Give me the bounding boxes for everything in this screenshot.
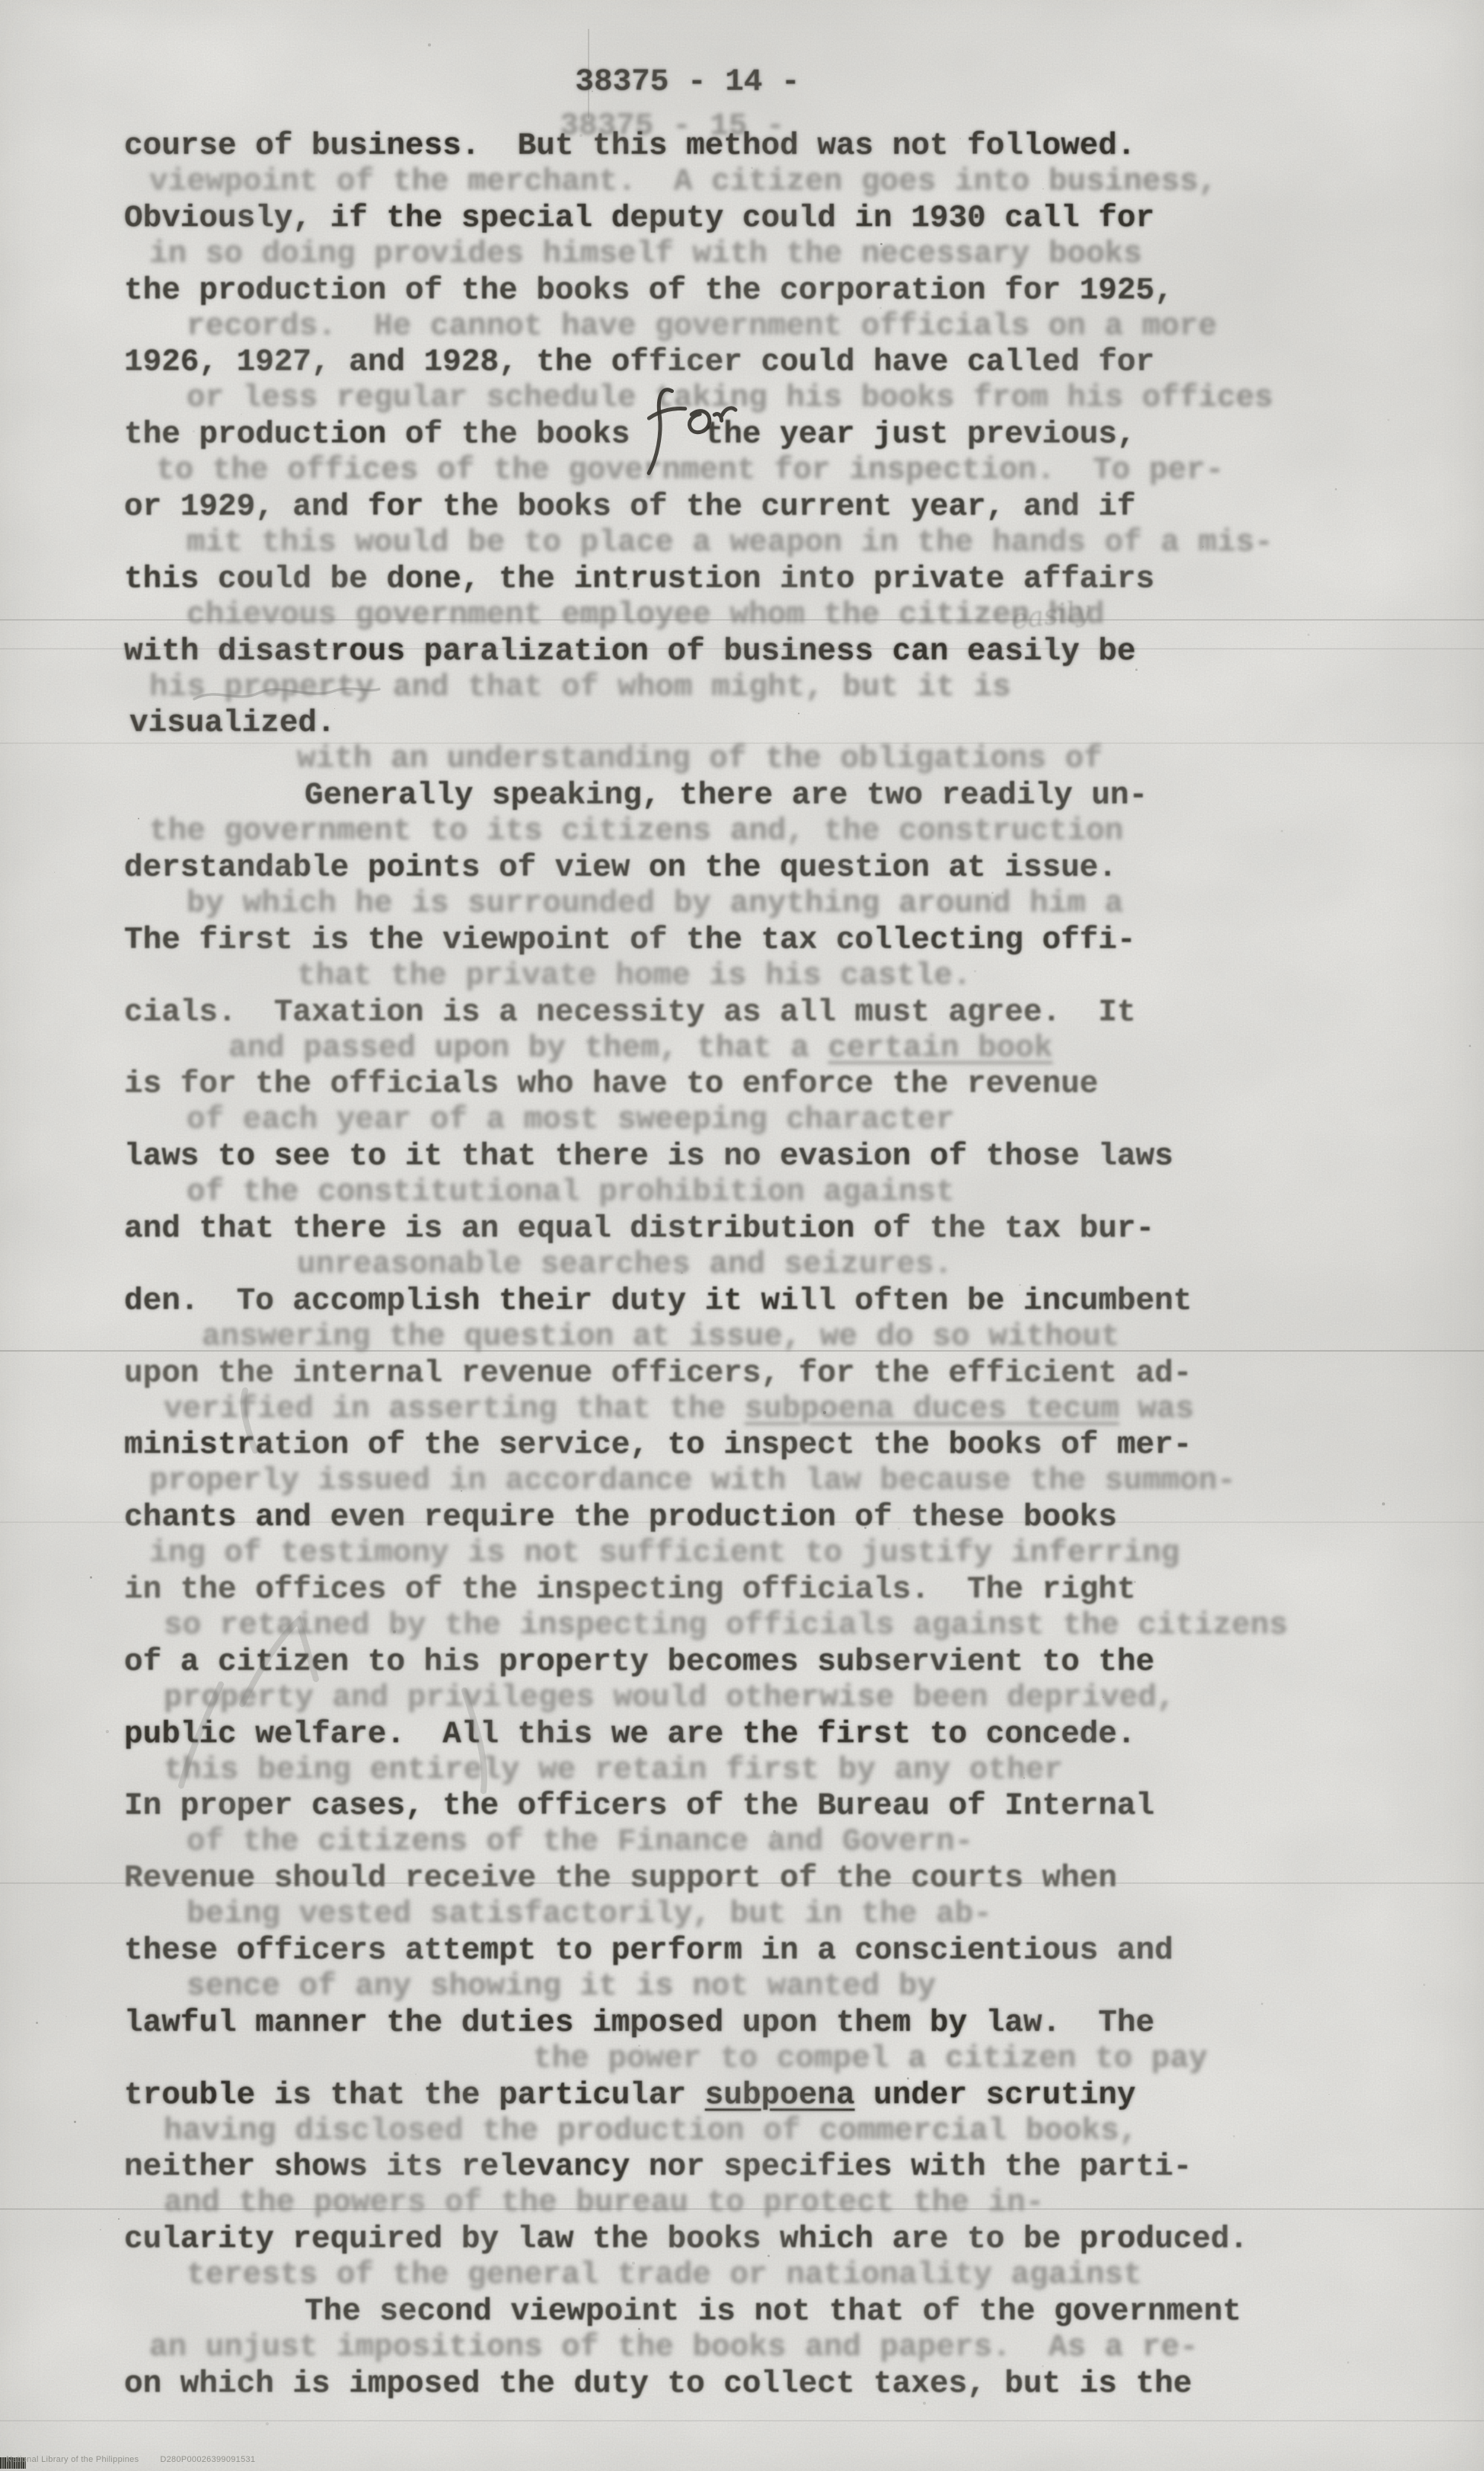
dust-speck bbox=[36, 2022, 38, 2024]
scan-watermark: National Library of the Philippines D280… bbox=[6, 2455, 255, 2464]
typed-line: neither shows its relevancy nor specifie… bbox=[124, 2152, 1192, 2183]
typed-line: and that there is an equal distribution … bbox=[124, 1214, 1154, 1245]
typed-line: this could be done, the intrustion into … bbox=[124, 564, 1154, 595]
typed-line: these officers attempt to perform in a c… bbox=[124, 1936, 1173, 1967]
ghost-line: properly issued in accordance with law b… bbox=[149, 1466, 1236, 1497]
ghost-line: being vested satisfactorily, but in the … bbox=[187, 1899, 992, 1930]
dust-speck bbox=[798, 713, 799, 714]
ghost-line: terests of the general trade or national… bbox=[187, 2260, 1142, 2291]
ghost-line: of each year of a most sweeping characte… bbox=[187, 1105, 955, 1136]
dust-speck bbox=[1246, 1842, 1247, 1843]
ghost-line: answering the question at issue, we do s… bbox=[202, 1322, 1120, 1353]
dust-speck bbox=[1335, 488, 1337, 490]
dust-speck bbox=[1233, 2135, 1235, 2137]
dust-speck bbox=[1347, 2361, 1349, 2364]
ghost-line: records. He cannot have government offic… bbox=[187, 311, 1217, 343]
ghost-line: and the powers of the bureau to protect … bbox=[164, 2188, 1044, 2219]
dust-speck bbox=[1423, 1984, 1425, 1986]
ghost-line: of the constitutional prohibition agains… bbox=[187, 1177, 955, 1208]
typed-line: cials. Taxation is a necessity as all mu… bbox=[124, 998, 1136, 1029]
ghost-line: ing of testimony is not sufficient to ju… bbox=[149, 1538, 1179, 1569]
ghost-line: that the private home is his castle. bbox=[297, 961, 972, 992]
dust-speck bbox=[118, 2218, 120, 2220]
typed-line: or 1929, and for the books of the curren… bbox=[124, 492, 1136, 523]
ghost-line: so retained by the inspecting officials … bbox=[164, 1611, 1288, 1642]
typed-line: In proper cases, the officers of the Bur… bbox=[124, 1791, 1154, 1822]
ghost-line: his property and that of whom might, but… bbox=[149, 672, 1011, 704]
dust-speck bbox=[428, 43, 431, 46]
dust-speck bbox=[1469, 1045, 1471, 1047]
ghost-line: and passed upon by them, that a certain … bbox=[228, 1033, 1053, 1065]
typed-line: of a citizen to his property becomes sub… bbox=[124, 1647, 1154, 1678]
ghost-line: having disclosed the production of comme… bbox=[164, 2116, 1138, 2147]
dust-speck bbox=[100, 2229, 101, 2230]
page-number-header: 38375 - 14 - bbox=[124, 67, 1251, 98]
ghost-line: the power to compel a citizen to pay bbox=[533, 2044, 1208, 2075]
ghost-line: chievous government employee whom the ci… bbox=[187, 600, 1105, 631]
ghost-line: an unjust impositions of the books and p… bbox=[149, 2332, 1198, 2364]
ghost-line: this being entirely we retain first by a… bbox=[164, 1755, 1063, 1786]
watermark-library-label: National Library of the Philippines bbox=[6, 2455, 139, 2464]
typed-line: ministration of the service, to inspect … bbox=[124, 1430, 1192, 1461]
ghost-line: to the offices of the government for ins… bbox=[156, 455, 1224, 487]
typed-line: on which is imposed the duty to collect … bbox=[124, 2369, 1192, 2400]
dust-speck bbox=[65, 2016, 67, 2017]
ghost-line: with an understanding of the obligations… bbox=[297, 744, 1103, 775]
typed-line: in the offices of the inspecting officia… bbox=[124, 1575, 1136, 1606]
scan-fold-line bbox=[0, 2420, 1484, 2422]
typed-line: The second viewpoint is not that of the … bbox=[305, 2297, 1241, 2328]
dust-speck bbox=[415, 2074, 416, 2075]
typed-line: Generally speaking, there are two readil… bbox=[305, 781, 1147, 812]
typed-line: the production of the books of the corpo… bbox=[124, 276, 1173, 307]
typed-line: is for the officials who have to enforce… bbox=[124, 1069, 1098, 1100]
dust-speck bbox=[266, 2422, 269, 2425]
dust-speck bbox=[138, 818, 139, 819]
watermark-code: D280P00026399091531 bbox=[160, 2455, 255, 2464]
typed-line: with disastrous paralization of business… bbox=[124, 637, 1136, 668]
typed-line: den. To accomplish their duty it will of… bbox=[124, 1286, 1192, 1317]
ghost-line: viewpoint of the merchant. A citizen goe… bbox=[149, 167, 1217, 198]
typed-line: visualized. bbox=[129, 708, 336, 739]
dust-speck bbox=[1307, 634, 1310, 636]
typed-line: trouble is that the particular subpoena … bbox=[124, 2080, 1136, 2112]
dust-speck bbox=[1261, 2003, 1263, 2005]
ghost-line: sence of any showing it is not wanted by bbox=[187, 1971, 936, 2003]
ghost-line: of the citizens of the Finance and Gover… bbox=[187, 1827, 973, 1858]
dust-speck bbox=[106, 1730, 109, 1733]
dust-speck bbox=[974, 970, 976, 972]
typed-line: upon the internal revenue officers, for … bbox=[124, 1358, 1192, 1390]
dust-speck bbox=[228, 2309, 228, 2310]
dust-speck bbox=[38, 362, 39, 363]
dust-speck bbox=[54, 872, 55, 873]
typed-line: laws to see to it that there is no evasi… bbox=[124, 1141, 1173, 1173]
dust-speck bbox=[1387, 419, 1390, 421]
dust-speck bbox=[1281, 830, 1283, 832]
typed-line: chants and even require the production o… bbox=[124, 1502, 1117, 1534]
typed-line: Obviously, if the special deputy could i… bbox=[124, 203, 1154, 235]
typed-line: course of business. But this method was … bbox=[124, 131, 1136, 162]
typed-line: public welfare. All this we are the firs… bbox=[124, 1719, 1136, 1751]
typed-line: Revenue should receive the support of th… bbox=[124, 1863, 1117, 1895]
dust-speck bbox=[1382, 1502, 1385, 1505]
dust-speck bbox=[923, 2402, 926, 2405]
typed-line: derstandable points of view on the quest… bbox=[124, 853, 1117, 884]
ghost-line: mit this would be to place a weapon in t… bbox=[187, 528, 1273, 559]
typed-line: The first is the viewpoint of the tax co… bbox=[124, 925, 1136, 956]
ghost-line: unreasonable searches and seizures. bbox=[297, 1250, 953, 1281]
ghost-line: or less regular schedule taking his book… bbox=[187, 383, 1273, 414]
dust-speck bbox=[74, 2121, 76, 2123]
ghost-line: verified in asserting that the subpoena … bbox=[164, 1394, 1194, 1425]
ghost-line: in so doing provides himself with the ne… bbox=[149, 239, 1142, 270]
typed-line: 1926, 1927, and 1928, the officer could … bbox=[124, 347, 1154, 378]
scanned-document-page: 38375 - 14 - 38375 - 15 - viewpoint of t… bbox=[0, 0, 1484, 2471]
ghost-line: property and privileges would otherwise … bbox=[164, 1683, 1176, 1714]
typed-line: cularity required by law the books which… bbox=[124, 2224, 1248, 2256]
dust-speck bbox=[1329, 2094, 1329, 2095]
typed-line: lawful manner the duties imposed upon th… bbox=[124, 2008, 1154, 2039]
typed-line: the production of the books the year jus… bbox=[124, 420, 1136, 451]
dust-speck bbox=[90, 1576, 92, 1579]
ghost-line: the government to its citizens and, the … bbox=[149, 816, 1123, 848]
ghost-line: by which he is surrounded by anything ar… bbox=[187, 889, 1123, 920]
